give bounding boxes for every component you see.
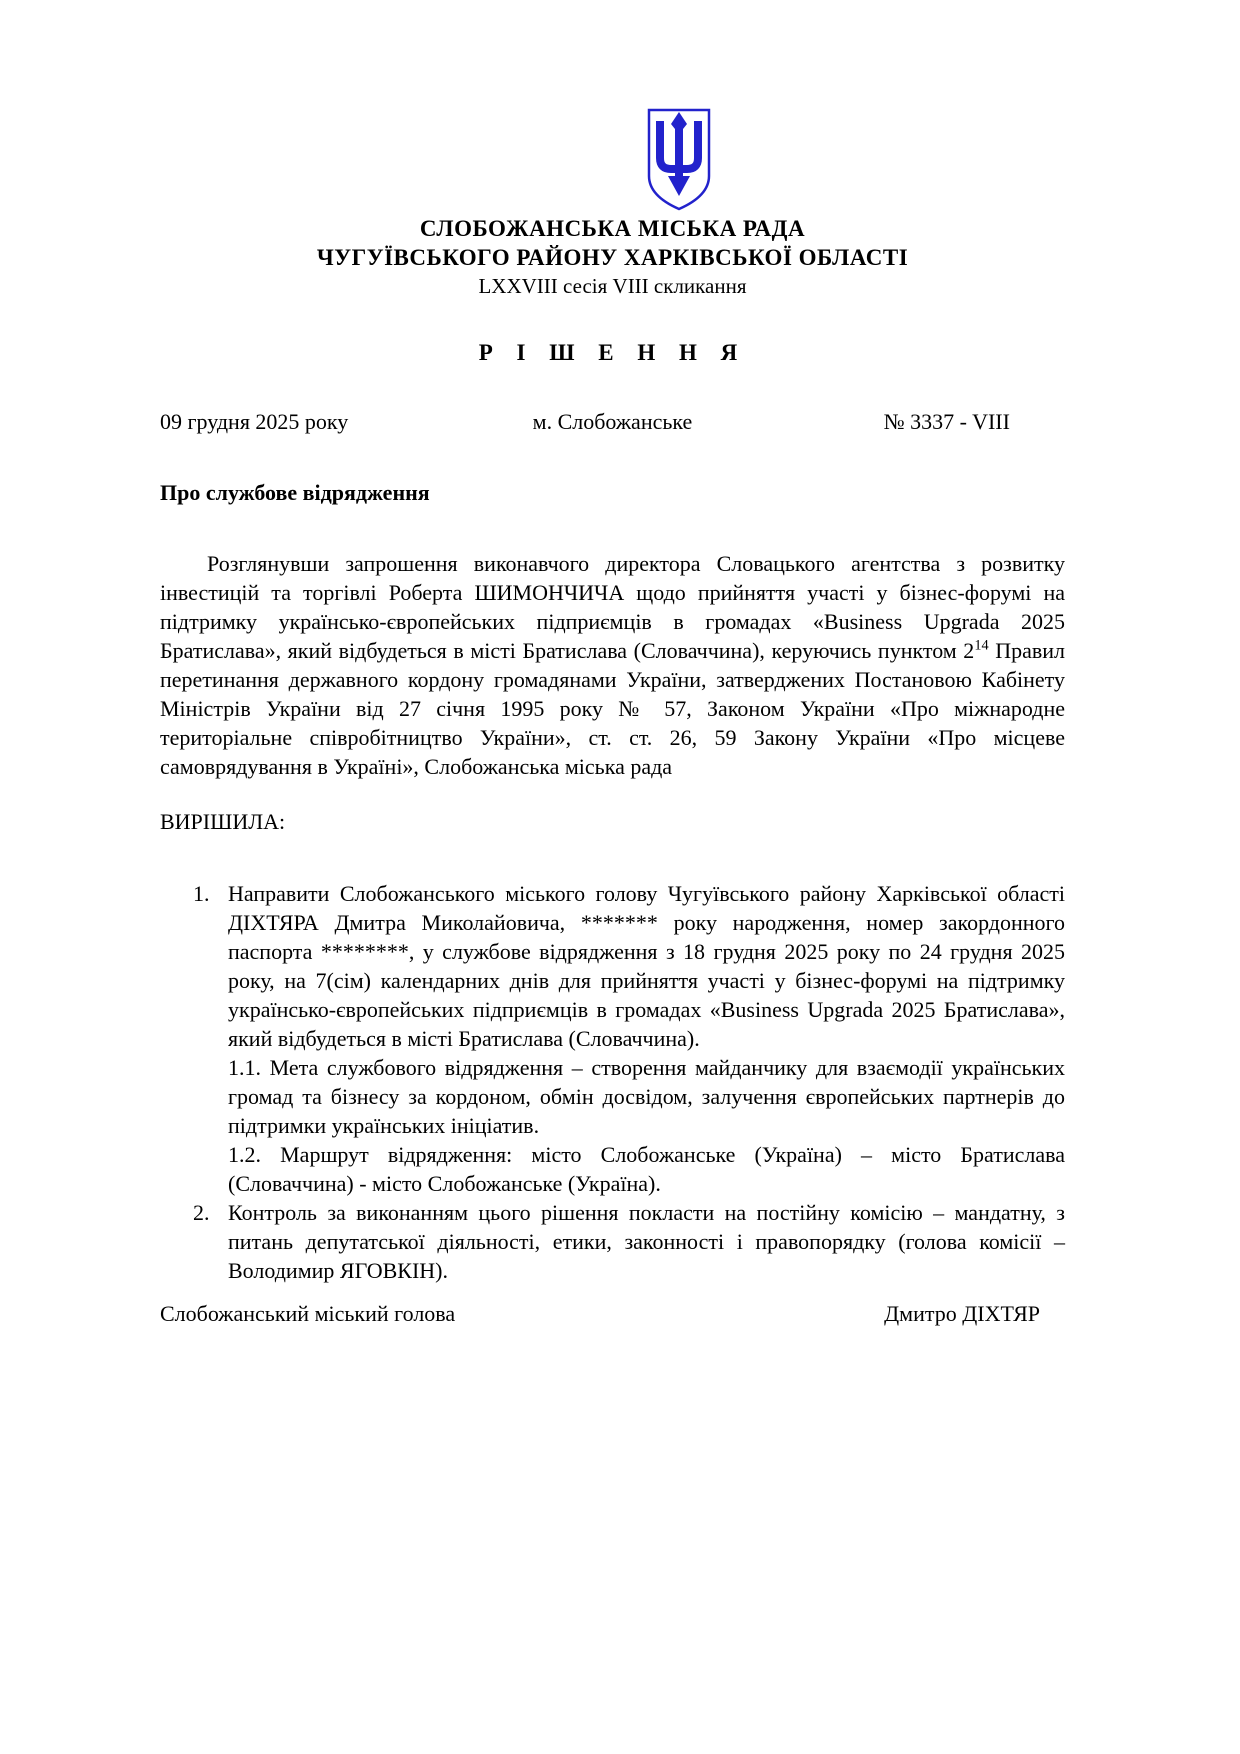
list-item: 1. Направити Слобожанського міського гол… <box>193 879 1065 1198</box>
list-item-number: 2. <box>193 1198 228 1285</box>
item1-subparagraph-1-2: 1.2. Маршрут відрядження: місто Слобожан… <box>228 1140 1065 1198</box>
org-name-line2: ЧУГУЇВСЬКОГО РАЙОНУ ХАРКІВСЬКОЇ ОБЛАСТІ <box>160 243 1065 272</box>
resolved-label: ВИРІШИЛА: <box>160 807 1065 836</box>
item2-main-paragraph: Контроль за виконанням цього рішення пок… <box>228 1198 1065 1285</box>
item1-subparagraph-1-1: 1.1. Мета службового відрядження – створ… <box>228 1053 1065 1140</box>
document-page: СЛОБОЖАНСЬКА МІСЬКА РАДА ЧУГУЇВСЬКОГО РА… <box>0 0 1240 1754</box>
item1-main-paragraph: Направити Слобожанського міського голову… <box>228 879 1065 1053</box>
signer-name: Дмитро ДІХТЯР <box>884 1299 1040 1328</box>
preamble-text-before-sup: Розглянувши запрошення виконавчого дирек… <box>160 551 1065 663</box>
session-line: LXXVIII сесія VIII скликання <box>160 272 1065 300</box>
tryzub-icon <box>646 108 712 212</box>
list-item-body: Направити Слобожанського міського голову… <box>228 879 1065 1198</box>
document-subject: Про службове відрядження <box>160 478 1065 507</box>
list-item: 2. Контроль за виконанням цього рішення … <box>193 1198 1065 1285</box>
document-date: 09 грудня 2025 року <box>160 407 459 436</box>
document-number: № 3337 - VIII <box>766 407 1065 436</box>
document-place: м. Слобожанське <box>459 407 767 436</box>
document-type-heading: Р І Ш Е Н Н Я <box>160 338 1065 367</box>
decision-list: 1. Направити Слобожанського міського гол… <box>160 879 1065 1285</box>
meta-row: 09 грудня 2025 року м. Слобожанське № 33… <box>160 407 1065 436</box>
org-name-line1: СЛОБОЖАНСЬКА МІСЬКА РАДА <box>160 214 1065 243</box>
list-item-number: 1. <box>193 879 228 1198</box>
preamble-superscript: 14 <box>974 638 988 654</box>
signer-position: Слобожанський міський голова <box>160 1299 455 1328</box>
preamble-paragraph: Розглянувши запрошення виконавчого дирек… <box>160 549 1065 781</box>
coat-of-arms <box>226 108 1131 214</box>
list-item-body: Контроль за виконанням цього рішення пок… <box>228 1198 1065 1285</box>
signature-row: Слобожанський міський голова Дмитро ДІХТ… <box>160 1299 1065 1328</box>
